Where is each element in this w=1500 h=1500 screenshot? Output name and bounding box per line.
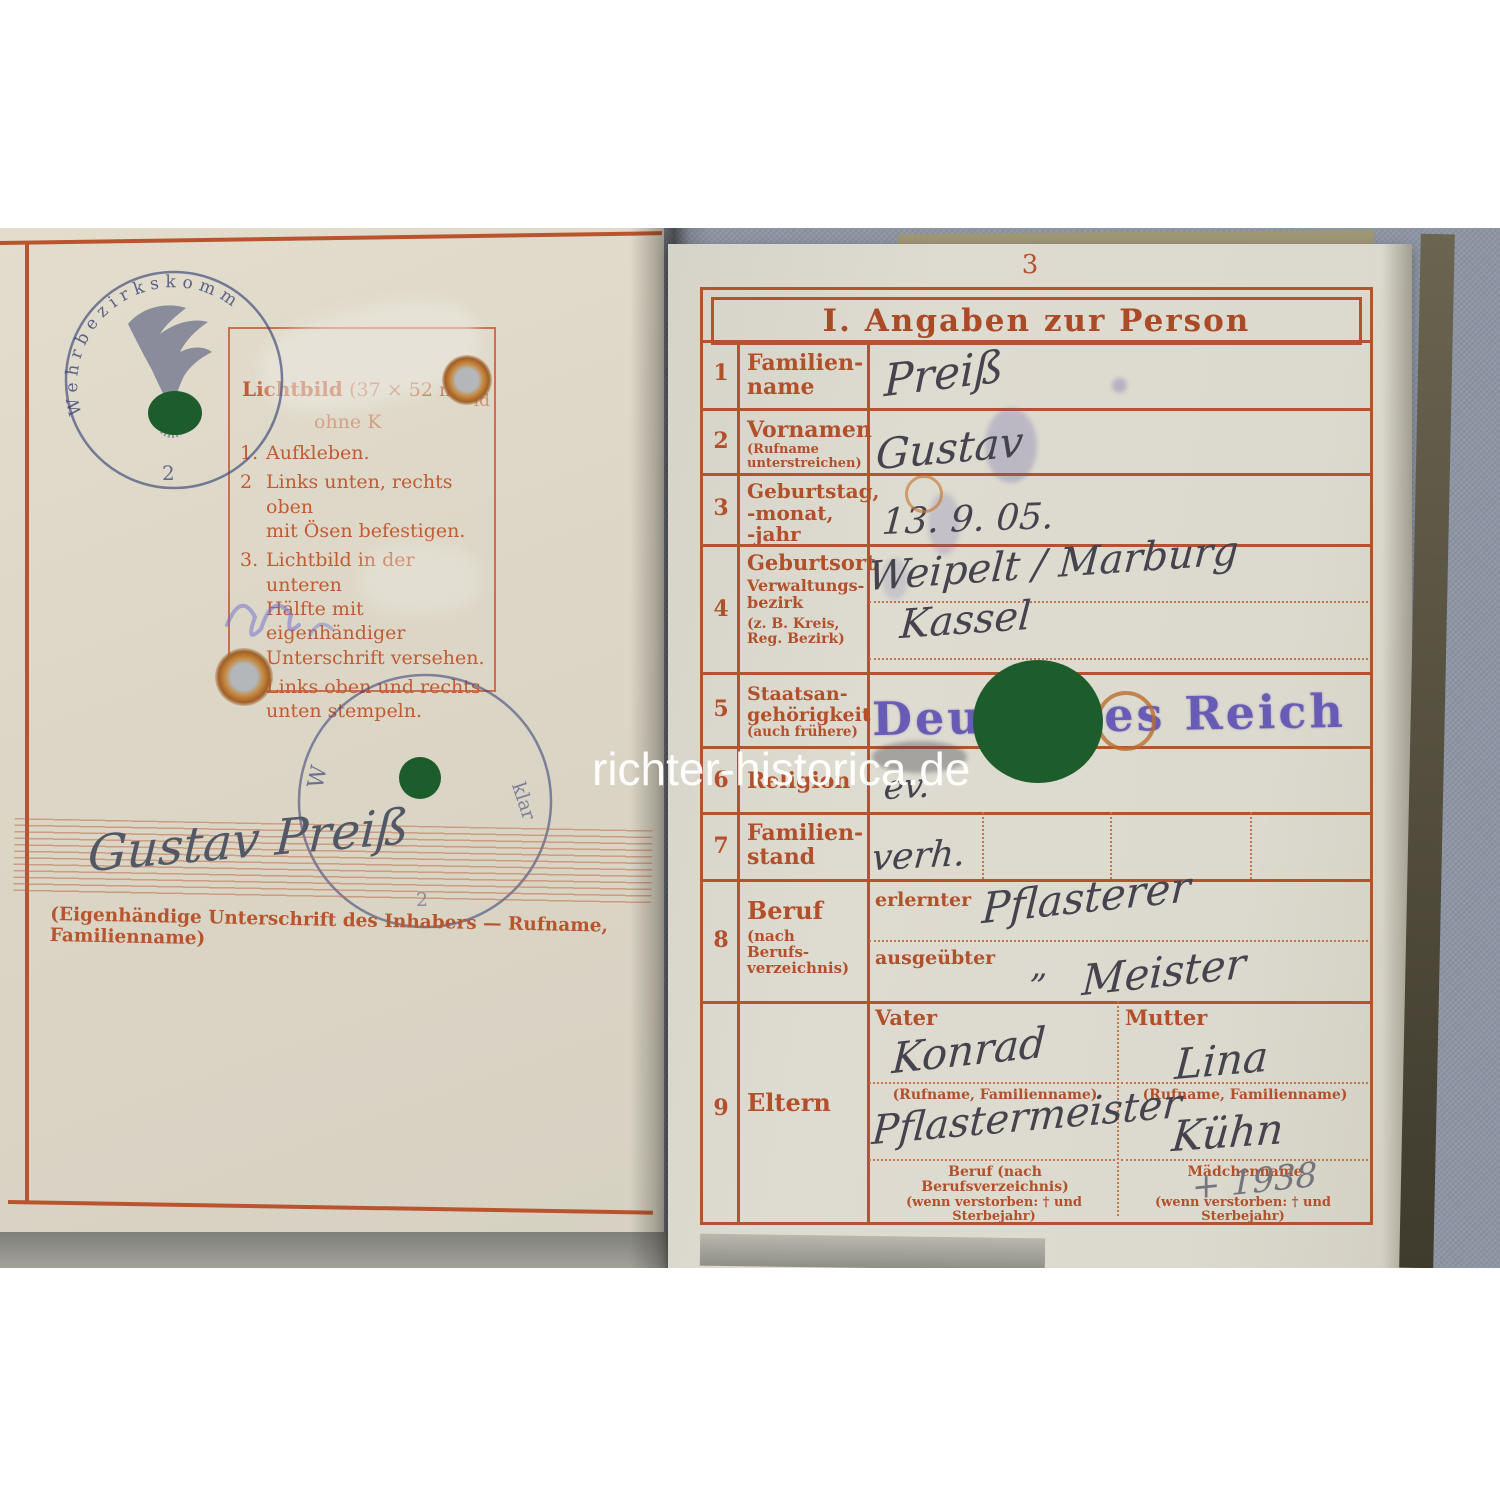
grid-line <box>703 473 1370 476</box>
table-title: I. Angaben zur Person <box>823 303 1251 339</box>
entry-mutter-name: Lina <box>1173 1032 1270 1090</box>
entry-mutter-maedchenname: Kühn <box>1170 1104 1286 1161</box>
page-stack-edge <box>700 1234 1045 1268</box>
blue-pencil-scribble <box>215 580 375 650</box>
dotted-writing-line <box>1121 1159 1368 1161</box>
row-label: Eltern <box>747 1090 867 1116</box>
wehrbezirkskommando-round-stamp: Wehrbezirkskomm 2 <box>58 264 290 496</box>
row-label: Familien- name <box>747 352 867 400</box>
photograph-of-wehrpass: Lichtbild (37 × 52 m ohne K ld 1. Aufkle… <box>0 0 1500 1500</box>
row-label: Geburtsort Verwaltungs- bezirk (z. B. Kr… <box>747 552 867 647</box>
ink-smudge <box>1112 378 1127 393</box>
censor-dot <box>973 660 1103 783</box>
father-deceased-caption: (wenn verstorben: † und Sterbejahr) <box>869 1196 1119 1225</box>
field-label-erlernter: erlernter <box>875 890 971 911</box>
row-label: Vornamen (Rufname unterstreichen) <box>747 419 867 471</box>
dotted-writing-line <box>869 658 1368 660</box>
rust-ring-stain <box>1096 691 1156 751</box>
dotted-writing-line <box>869 1082 1115 1084</box>
entry-ditto-mark: „ <box>1030 946 1048 986</box>
field-label-ausgeuebter: ausgeübter <box>875 948 995 969</box>
row-number: 8 <box>703 927 739 953</box>
row-label: Staatsan- gehörigkeit (auch frühere) <box>747 684 867 740</box>
instruction-text: Links unten, rechts oben mit Ösen befest… <box>266 470 486 543</box>
grid-line <box>703 1001 1370 1004</box>
page-number: 3 <box>1008 250 1052 280</box>
entry-familienstand: verh. <box>870 833 967 879</box>
grid-line <box>703 408 1370 411</box>
eyelet-rust-hole <box>215 648 273 706</box>
censor-dot <box>148 391 202 435</box>
stamp-right-text: klar <box>507 780 540 824</box>
row-number: 2 <box>703 428 739 454</box>
photo-box-line2: ohne K <box>314 411 381 433</box>
dotted-divider <box>1110 812 1112 879</box>
row-number: 1 <box>703 360 739 386</box>
rust-ring-stain <box>905 475 943 513</box>
father-occupation-caption: Beruf (nach Berufsverzeichnis) <box>875 1165 1115 1196</box>
eyelet-rust-hole <box>442 355 492 405</box>
table-header: I. Angaben zur Person <box>711 297 1362 345</box>
entry-verwaltungsbezirk: Kassel <box>898 593 1032 648</box>
photo-area: Lichtbild (37 × 52 m ohne K ld 1. Aufkle… <box>0 228 1500 1268</box>
row-label: Beruf (nach Berufs- verzeichnis) <box>747 898 867 976</box>
row-number: 7 <box>703 833 739 859</box>
father-header: Vater <box>875 1007 937 1030</box>
paper-abrasion <box>360 544 480 614</box>
grid-line <box>703 812 1370 815</box>
mother-header: Mutter <box>1125 1007 1207 1030</box>
row-label: Geburtstag, -monat, -jahr <box>747 481 867 546</box>
dotted-writing-line <box>869 940 1368 942</box>
row-number: 3 <box>703 495 739 521</box>
dotted-divider <box>982 812 984 879</box>
dotted-writing-line <box>869 1159 1115 1161</box>
dotted-divider <box>1250 812 1252 879</box>
row-number: 9 <box>703 1095 739 1121</box>
row-label: Familien- stand <box>747 822 867 870</box>
watermark: richter-historica.de <box>592 742 970 796</box>
table-surface <box>0 1232 715 1268</box>
grid-line <box>703 340 1370 343</box>
stamp-left-letter: W <box>304 763 333 791</box>
stamp-number: 2 <box>162 461 175 485</box>
row-number: 4 <box>703 596 739 622</box>
censor-dot <box>399 757 441 799</box>
left-page-left-border <box>25 244 29 1202</box>
row-number: 5 <box>703 696 739 722</box>
